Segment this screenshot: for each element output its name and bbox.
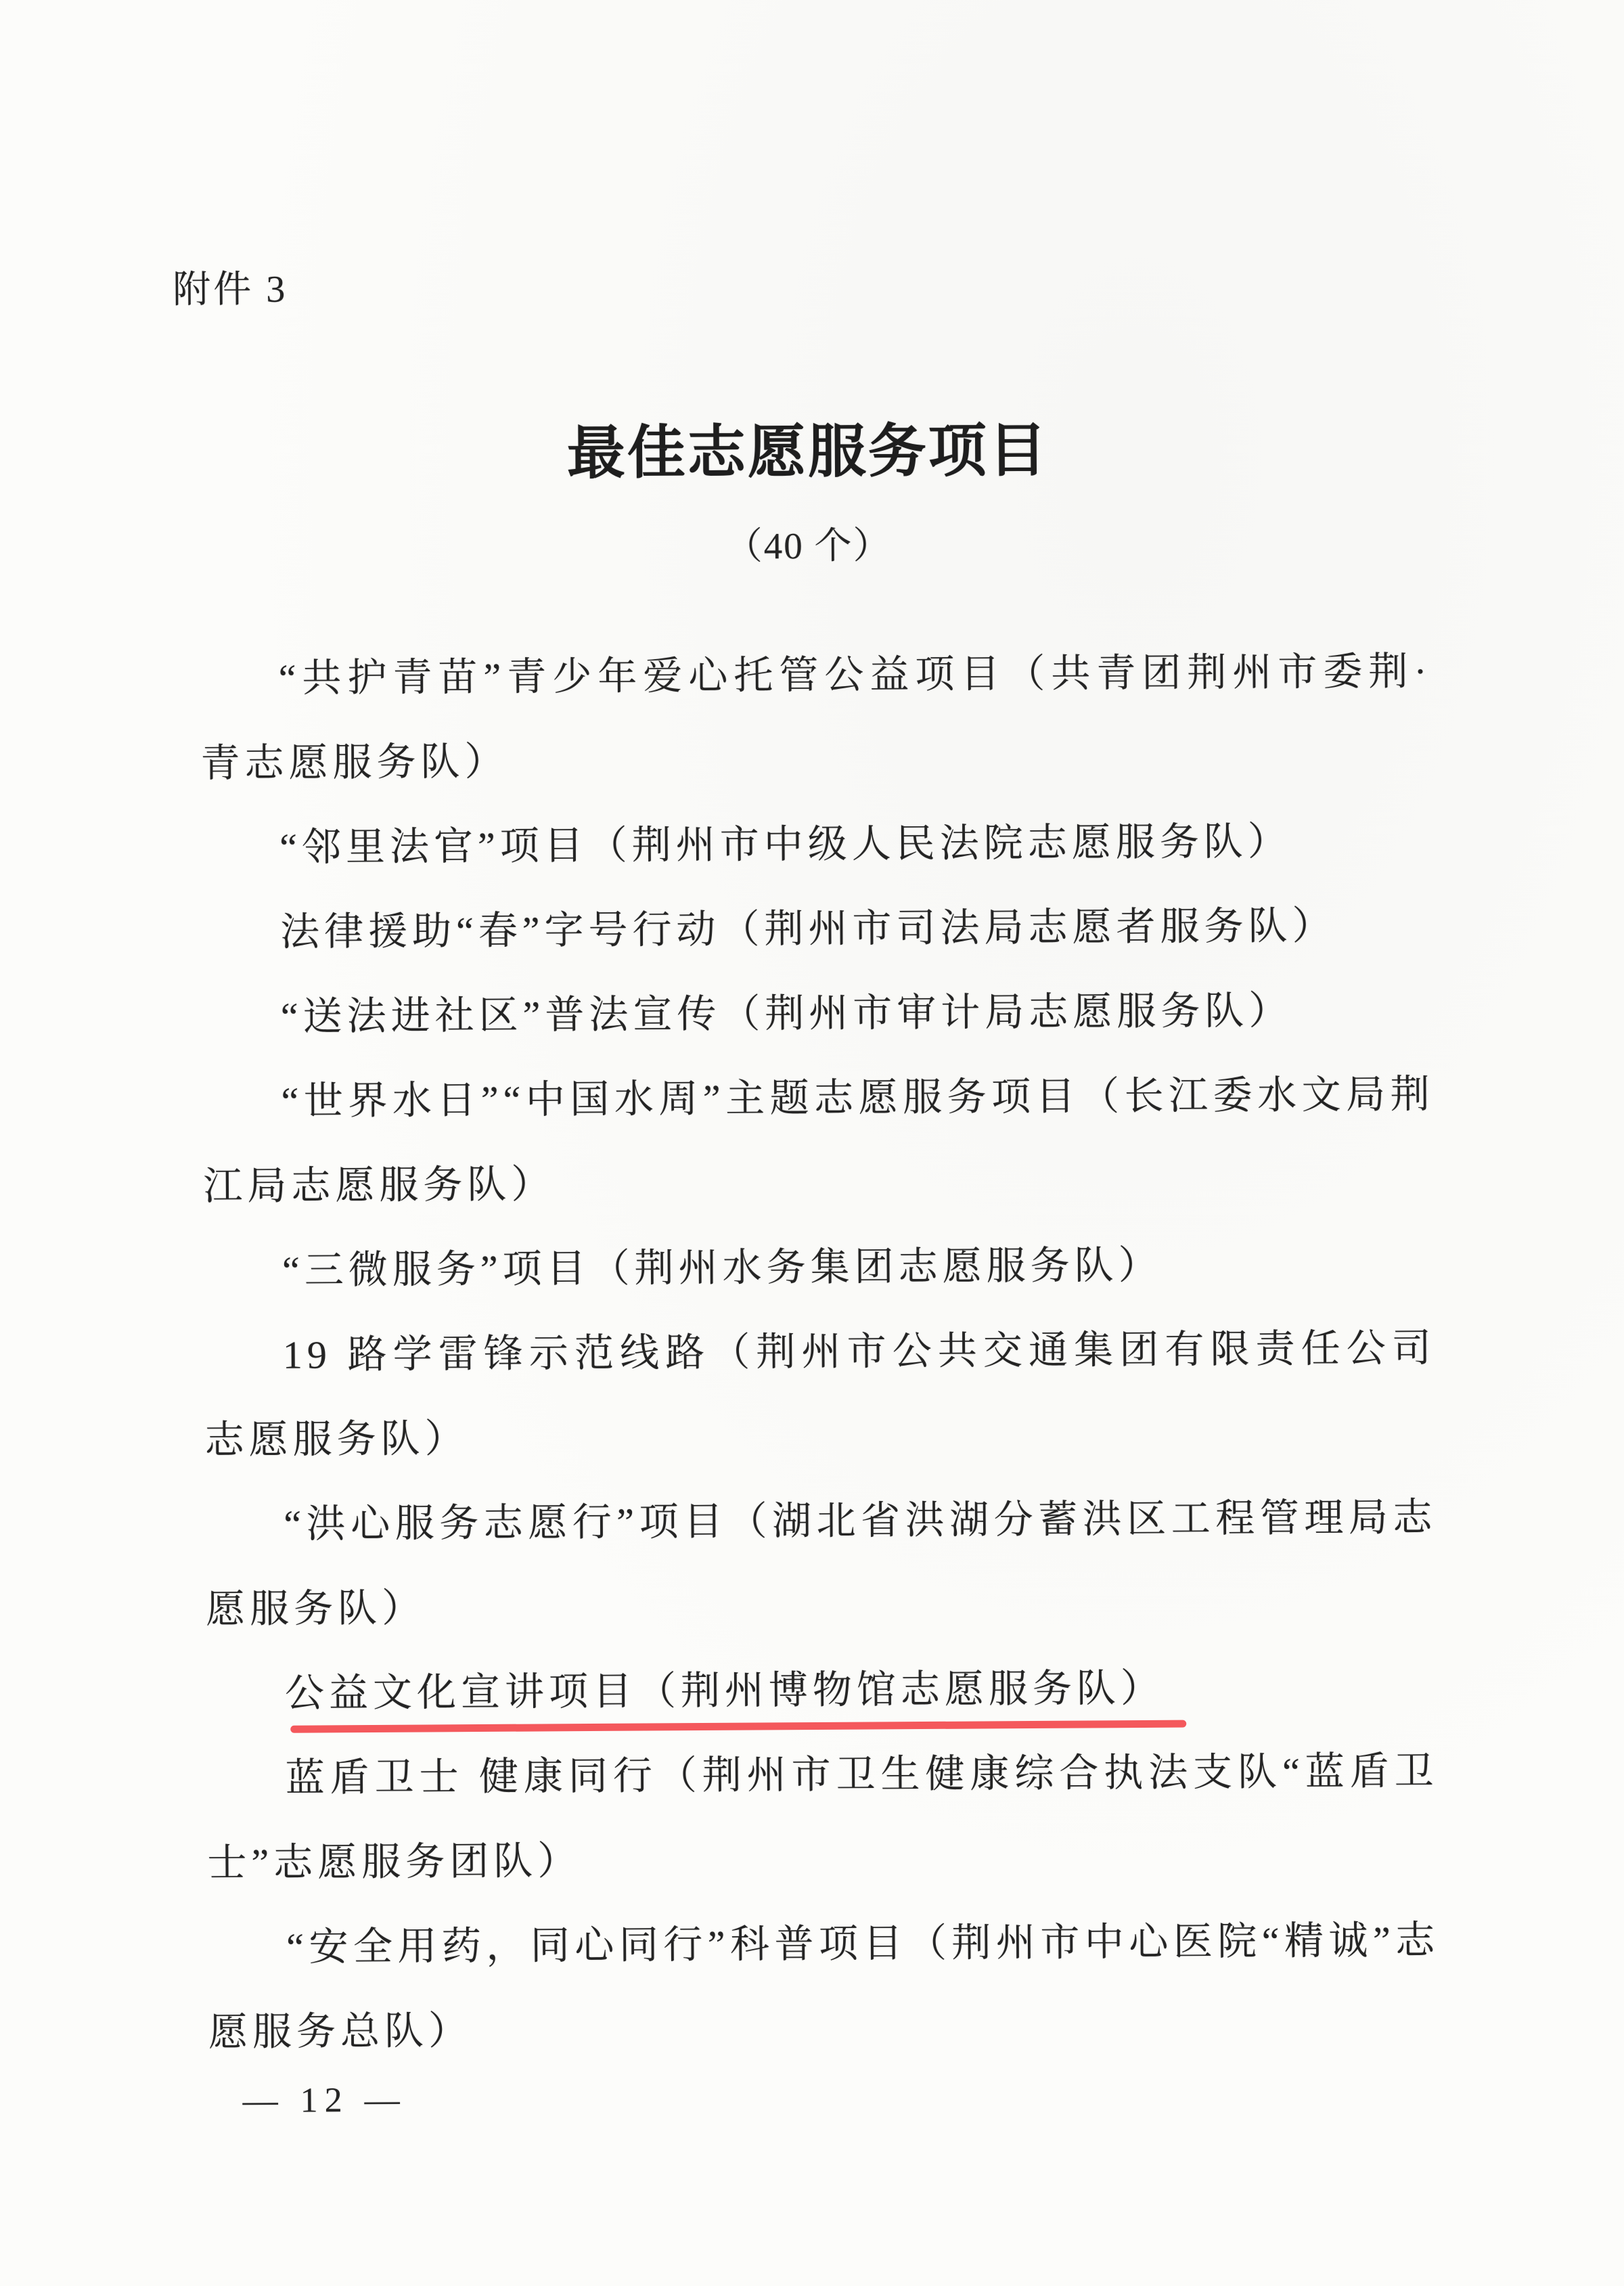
project-item-text: “安全用药，同心同行”科普项目（荆州市中心医院“精诚”志愿服务总队） (208, 1918, 1440, 2054)
project-item: “三微服务”项目（荆州水务集团志愿服务队） (204, 1221, 1436, 1313)
project-item-text: 19 路学雷锋示范线路（荆州市公共交通集团有限责任公司志愿服务队） (204, 1326, 1436, 1462)
project-item: “安全用药，同心同行”科普项目（荆州市中心医院“精诚”志愿服务总队） (208, 1898, 1440, 2074)
project-item: 19 路学雷锋示范线路（荆州市公共交通集团有限责任公司志愿服务队） (204, 1305, 1437, 1482)
project-item-text: “三微服务”项目（荆州水务集团志愿服务队） (282, 1243, 1163, 1293)
project-item: “世界水日”“中国水周”主题志愿服务项目（长江委水文局荆江局志愿服务队） (202, 1052, 1435, 1228)
project-item-text: 法律援助“春”字号行动（荆州市司法局志愿者服务队） (280, 903, 1336, 954)
project-item-text: “共护青苗”青少年爱心托管公益项目（共青团荆州市委荆·青志愿服务队） (200, 649, 1432, 785)
project-item-text: “洪心服务志愿行”项目（湖北省洪湖分蓄洪区工程管理局志愿服务队） (206, 1495, 1437, 1631)
project-item: “共护青苗”青少年爱心托管公益项目（共青团荆州市委荆·青志愿服务队） (200, 629, 1432, 805)
attachment-label: 附件 3 (173, 259, 288, 314)
page-title: 最佳志愿服务项目 (0, 400, 1620, 494)
project-item: “洪心服务志愿行”项目（湖北省洪湖分蓄洪区工程管理局志愿服务队） (205, 1475, 1437, 1651)
scan-content: 附件 3 最佳志愿服务项目 （40 个） “共护青苗”青少年爱心托管公益项目（共… (0, 0, 1624, 2286)
project-item-text: 公益文化宣讲项目（荆州博物馆志愿服务队） (285, 1666, 1165, 1716)
project-item: “送法进社区”普法宣传（荆州市审计局志愿服务队） (202, 967, 1434, 1059)
project-item-highlighted: 公益文化宣讲项目（荆州博物馆志愿服务队） (206, 1644, 1439, 1736)
page-number: — 12 — (242, 2080, 406, 2121)
page-subtitle: （40 个） (0, 511, 1621, 575)
project-item: “邻里法官”项目（荆州市中级人民法院志愿服务队） (201, 798, 1433, 890)
project-item: 蓝盾卫士 健康同行（荆州市卫生健康综合执法支队“蓝盾卫士”志愿服务团队） (206, 1728, 1439, 1905)
project-item-text: 蓝盾卫士 健康同行（荆州市卫生健康综合执法支队“蓝盾卫士”志愿服务团队） (207, 1749, 1439, 1885)
project-item-text: “世界水日”“中国水周”主题志愿服务项目（长江委水文局荆江局志愿服务队） (203, 1072, 1435, 1208)
project-item: 法律援助“春”字号行动（荆州市司法局志愿者服务队） (202, 882, 1434, 974)
project-item-text: “送法进社区”普法宣传（荆州市审计局志愿服务队） (281, 989, 1293, 1039)
project-list: “共护青苗”青少年爱心托管公益项目（共青团荆州市委荆·青志愿服务队） “邻里法官… (200, 629, 1440, 2074)
document-page: 附件 3 最佳志愿服务项目 （40 个） “共护青苗”青少年爱心托管公益项目（共… (0, 0, 1624, 2286)
project-item-text: “邻里法官”项目（荆州市中级人民法院志愿服务队） (279, 820, 1292, 870)
